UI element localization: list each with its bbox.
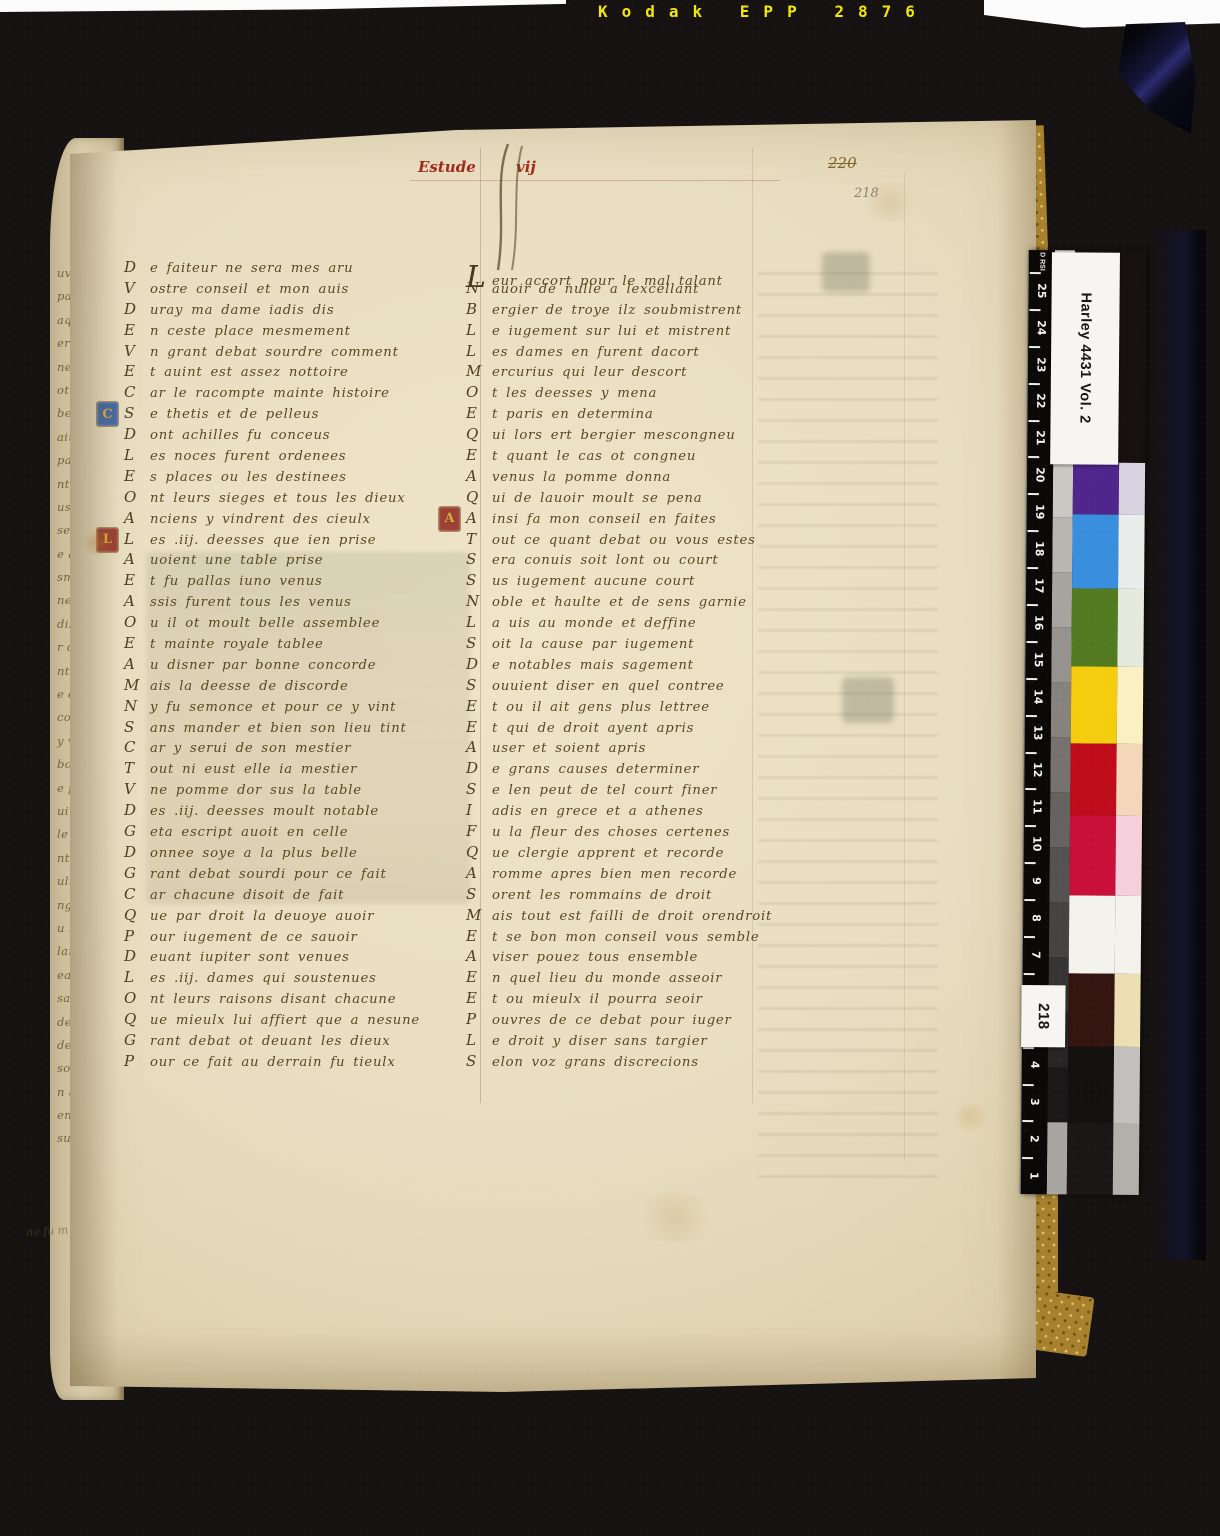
verse-text: es dames en furent dacort xyxy=(492,345,700,360)
verse-initial: D xyxy=(466,759,492,777)
verse-line: S e len peut de tel court finer xyxy=(466,780,772,801)
tint-patch xyxy=(1116,744,1143,816)
tint-patch xyxy=(1114,974,1141,1047)
ruler-number: 9 xyxy=(1030,877,1043,885)
ruler-unit: 4 xyxy=(1022,1047,1048,1084)
grayscale-step xyxy=(1052,517,1072,572)
film-stock-label: Kodak EPP 2876 xyxy=(598,2,929,21)
verse-line: A viser pouez tous ensemble xyxy=(466,947,772,968)
ruler-unit: 16 xyxy=(1026,604,1052,641)
verse-text: e len peut de tel court finer xyxy=(492,783,717,798)
verse-line: A uoient une table prise xyxy=(124,550,420,571)
grayscale-step xyxy=(1053,462,1073,517)
verse-line: S elon voz grans discrecions xyxy=(466,1052,772,1073)
ruler-unit: 9 xyxy=(1023,862,1049,899)
pen-flourish-icon xyxy=(478,140,538,275)
verse-initial: L xyxy=(466,1031,492,1049)
text-column-right: L eur accort pour le mal talant N auoir … xyxy=(466,258,772,1073)
verse-line: P our iugement de ce sauoir xyxy=(124,927,420,948)
verse-text: oble et haulte et de sens garnie xyxy=(492,595,747,610)
verse-line: G eta escript auoit en celle xyxy=(124,822,420,843)
verse-line: D uray ma dame iadis dis xyxy=(124,300,420,321)
verse-initial: D xyxy=(124,258,150,276)
verse-initial: M xyxy=(466,362,492,380)
verse-text: n ceste place mesmement xyxy=(150,324,351,339)
ruler-unit: 12 xyxy=(1024,752,1050,789)
verse-initial: D xyxy=(124,947,150,965)
color-patch xyxy=(1070,743,1117,815)
verse-text: es .iij. dames qui soustenues xyxy=(150,971,377,986)
verse-text: rant debat sourdi pour ce fait xyxy=(150,867,387,882)
verse-initial: A xyxy=(124,509,150,527)
verse-line: M ais la deesse de discorde xyxy=(124,676,420,697)
verse-line: S orent les rommains de droit xyxy=(466,885,772,906)
color-patch xyxy=(1073,462,1119,514)
color-patch xyxy=(1071,666,1118,743)
verse-initial: E xyxy=(124,362,150,380)
verse-text: t qui de droit ayent apris xyxy=(492,721,694,736)
verse-text: t auint est assez nottoire xyxy=(150,365,349,380)
verse-line: Q ui de lauoir moult se pena xyxy=(466,488,772,509)
verse-initial: N xyxy=(124,697,150,715)
ruler-number: 2 xyxy=(1028,1135,1041,1143)
verse-initial: S xyxy=(466,885,492,903)
verse-line: S ouuient diser en quel contree xyxy=(466,676,772,697)
verse-line: E n ceste place mesmement xyxy=(124,321,420,342)
verse-initial: S xyxy=(466,571,492,589)
ruler-unit: 1 xyxy=(1021,1157,1047,1194)
verse-line: Q ui lors ert bergier mescongneu xyxy=(466,425,772,446)
grayscale-step xyxy=(1047,1122,1068,1194)
verse-initial: A xyxy=(466,738,492,756)
verse-initial: Q xyxy=(124,1010,150,1028)
verse-text: ais la deesse de discorde xyxy=(150,679,349,694)
verse-initial: A xyxy=(466,864,492,882)
verse-initial: D xyxy=(124,801,150,819)
grayscale-step xyxy=(1050,792,1070,847)
verse-line: C ar y serui de son mestier xyxy=(124,738,420,759)
illuminated-initial: C xyxy=(97,402,118,426)
verse-text: e faiteur ne sera mes aru xyxy=(150,261,353,276)
verse-text: e iugement sur lui et mistrent xyxy=(492,324,731,339)
ruler-number: 19 xyxy=(1033,504,1046,519)
verse-text: u la fleur des choses certenes xyxy=(492,825,730,840)
verse-line: C S e thetis et de pelleus xyxy=(124,404,420,425)
ruler-unit: 11 xyxy=(1024,788,1050,825)
verse-initial: E xyxy=(466,968,492,986)
color-patch xyxy=(1069,815,1116,895)
verse-line: F u la fleur des choses certenes xyxy=(466,822,772,843)
verse-text: t se bon mon conseil vous semble xyxy=(492,930,759,945)
ruler-top-text: D RSI xyxy=(1038,250,1045,272)
verse-text: romme apres bien men recorde xyxy=(492,867,737,882)
verse-initial: P xyxy=(466,1010,492,1028)
ruler-unit: 18 xyxy=(1026,530,1052,567)
illuminated-initial: A xyxy=(439,507,460,531)
ruler-unit: 17 xyxy=(1026,567,1052,604)
verse-line: I adis en grece et a athenes xyxy=(466,801,772,822)
verse-initial: O xyxy=(466,383,492,401)
verse-line: D es .iij. deesses moult notable xyxy=(124,801,420,822)
verse-initial: D xyxy=(124,425,150,443)
verse-initial: S xyxy=(466,550,492,568)
verse-line: A user et soient apris xyxy=(466,738,772,759)
verse-text: orent les rommains de droit xyxy=(492,888,712,903)
foxing-stain xyxy=(630,1192,720,1242)
verse-line: A nciens y vindrent des cieulx xyxy=(124,509,420,530)
verse-line: A u disner par bonne concorde xyxy=(124,655,420,676)
verse-line: S era conuis soit lont ou court xyxy=(466,550,772,571)
verse-line: C ar le racompte mainte histoire xyxy=(124,383,420,404)
text-column-left: D e faiteur ne sera mes aru V ostre cons… xyxy=(124,258,420,1073)
ruler-number: 21 xyxy=(1034,430,1047,445)
verse-initial: A xyxy=(124,592,150,610)
verse-line: E t auint est assez nottoire xyxy=(124,362,420,383)
verse-line: N auoir de nulle a lexcellant xyxy=(466,279,772,300)
verse-initial: T xyxy=(466,530,492,548)
verse-line: G rant debat sourdi pour ce fait xyxy=(124,864,420,885)
ruler-number: 1 xyxy=(1027,1172,1040,1180)
verse-initial: S xyxy=(466,676,492,694)
verse-initial: I xyxy=(466,801,492,819)
color-patch xyxy=(1072,514,1119,588)
verse-text: ans mander et bien son lieu tint xyxy=(150,721,407,736)
ruling-line xyxy=(410,180,780,181)
running-title-rubric: Estude xyxy=(418,158,476,176)
verse-line: D e notables mais sagement xyxy=(466,655,772,676)
verse-text: nciens y vindrent des cieulx xyxy=(150,512,371,527)
color-patch xyxy=(1068,973,1115,1046)
color-patch xyxy=(1071,588,1118,666)
verse-text: us iugement aucune court xyxy=(492,574,695,589)
verse-line: A ssis furent tous les venus xyxy=(124,592,420,613)
verse-line: L eur accort pour le mal talant xyxy=(466,258,772,279)
verse-text: t fu pallas iuno venus xyxy=(150,574,323,589)
verse-initial: S xyxy=(466,1052,492,1070)
verse-text: u il ot moult belle assemblee xyxy=(150,616,380,631)
manuscript-page: Estude vij 220 218 D e faiteur ne sera m… xyxy=(70,112,1036,1394)
verse-text: out ni eust elle ia mestier xyxy=(150,762,357,777)
verse-initial: D xyxy=(124,843,150,861)
ruler-number: 12 xyxy=(1031,762,1044,777)
verse-initial: V xyxy=(124,279,150,297)
verse-initial: Q xyxy=(466,488,492,506)
verse-text: insi fa mon conseil en faites xyxy=(492,512,717,527)
verse-line: P ouvres de ce debat pour iuger xyxy=(466,1010,772,1031)
verse-line: E t qui de droit ayent apris xyxy=(466,718,772,739)
verse-text: ais tout est failli de droit orendroit xyxy=(492,909,772,924)
verse-line: D euant iupiter sont venues xyxy=(124,947,420,968)
verse-line: E t se bon mon conseil vous semble xyxy=(466,927,772,948)
tint-patch xyxy=(1115,896,1142,974)
verse-text: nt leurs raisons disant chacune xyxy=(150,992,396,1007)
verse-initial: C xyxy=(124,885,150,903)
verse-initial: L xyxy=(466,321,492,339)
verse-line: S us iugement aucune court xyxy=(466,571,772,592)
verse-initial: A xyxy=(466,947,492,965)
tint-patch xyxy=(1117,667,1144,744)
verse-text: auoir de nulle a lexcellant xyxy=(492,282,699,297)
ruling-line xyxy=(904,172,905,1162)
verse-initial: E xyxy=(466,697,492,715)
ruler-number: 16 xyxy=(1032,615,1045,630)
film-frame-edge-left xyxy=(0,0,566,13)
ruler-unit: 19 xyxy=(1027,493,1053,530)
verse-initial: L xyxy=(466,613,492,631)
verse-initial: G xyxy=(124,1031,150,1049)
verse-line: D e grans causes determiner xyxy=(466,759,772,780)
verse-line: S ans mander et bien son lieu tint xyxy=(124,718,420,739)
verse-text: t ou mieulx il pourra seoir xyxy=(492,992,703,1007)
verse-initial: E xyxy=(466,718,492,736)
mounting-clip xyxy=(1118,22,1196,134)
verse-text: ercurius qui leur descort xyxy=(492,365,687,380)
verse-line: S oit la cause par iugement xyxy=(466,634,772,655)
verse-initial: S xyxy=(466,780,492,798)
verse-text: ouuient diser en quel contree xyxy=(492,679,725,694)
ruler-number: 25 xyxy=(1035,283,1048,298)
tint-patch xyxy=(1117,589,1144,667)
verse-line: E t quant le cas ot congneu xyxy=(466,446,772,467)
verse-line: E t fu pallas iuno venus xyxy=(124,571,420,592)
verse-text: ui lors ert bergier mescongneu xyxy=(492,428,736,443)
ruler-number: 13 xyxy=(1031,726,1044,741)
verse-line: Q ue mieulx lui affiert que a nesune xyxy=(124,1010,420,1031)
verse-text: es .iij. deesses que ien prise xyxy=(150,533,376,548)
verse-text: eta escript auoit en celle xyxy=(150,825,348,840)
verse-text: ue mieulx lui affiert que a nesune xyxy=(150,1013,420,1028)
ruler-unit: 3 xyxy=(1021,1084,1047,1121)
verse-text: ue clergie apprent et recorde xyxy=(492,846,724,861)
illuminated-initial: L xyxy=(97,528,118,552)
ruler-number: 23 xyxy=(1034,357,1047,372)
shelfmark-label: Harley 4431 Vol. 2 xyxy=(1050,252,1120,465)
grayscale-step xyxy=(1049,847,1069,902)
verse-text: ar le racompte mainte histoire xyxy=(150,386,390,401)
verse-text: n quel lieu du monde asseoir xyxy=(492,971,722,986)
color-patch xyxy=(1069,895,1116,973)
verse-initial: L xyxy=(124,530,150,548)
verse-text: elon voz grans discrecions xyxy=(492,1055,699,1070)
ruler-number: 15 xyxy=(1032,652,1045,667)
ruler-number: 8 xyxy=(1030,914,1043,922)
verse-initial: E xyxy=(124,321,150,339)
verse-line: E t ou il ait gens plus lettree xyxy=(466,697,772,718)
verse-text: nt leurs sieges et tous les dieux xyxy=(150,491,406,506)
verse-initial: E xyxy=(124,467,150,485)
verse-line: T out ce quant debat ou vous estes xyxy=(466,530,772,551)
verse-initial: M xyxy=(124,676,150,694)
foxing-stain xyxy=(950,1102,990,1132)
ruler-unit: 2 xyxy=(1021,1120,1047,1157)
verse-line: N y fu semonce et pour ce y vint xyxy=(124,697,420,718)
verse-text: es noces furent ordenees xyxy=(150,449,346,464)
verse-initial: A xyxy=(124,550,150,568)
verse-initial: B xyxy=(466,300,492,318)
verse-text: user et soient apris xyxy=(492,741,646,756)
verse-initial: A xyxy=(466,509,492,527)
verse-line: L es noces furent ordenees xyxy=(124,446,420,467)
verse-text: t quant le cas ot congneu xyxy=(492,449,696,464)
ruler-number: 18 xyxy=(1033,541,1046,556)
cradle-edge-sheen xyxy=(1148,230,1206,1260)
verse-initial: P xyxy=(124,927,150,945)
verse-line: P our ce fait au derrain fu tieulx xyxy=(124,1052,420,1073)
verse-line: L e droit y diser sans targier xyxy=(466,1031,772,1052)
ruler-unit: 13 xyxy=(1025,715,1051,752)
ruler-number: 10 xyxy=(1030,836,1043,851)
verse-text: t les deesses y mena xyxy=(492,386,657,401)
verse-text: y fu semonce et pour ce y vint xyxy=(150,700,396,715)
verse-initial: C xyxy=(124,383,150,401)
ruler-unit: 10 xyxy=(1024,825,1050,862)
verse-initial: G xyxy=(124,864,150,882)
verse-text: e grans causes determiner xyxy=(492,762,699,777)
ruler-number: 22 xyxy=(1034,394,1047,409)
grayscale-step xyxy=(1047,1067,1067,1122)
verse-initial: D xyxy=(466,655,492,673)
tint-patch xyxy=(1115,816,1142,896)
verse-line: O nt leurs raisons disant chacune xyxy=(124,989,420,1010)
verse-line: O nt leurs sieges et tous les dieux xyxy=(124,488,420,509)
verse-initial: E xyxy=(466,927,492,945)
ruler-number: 14 xyxy=(1032,689,1045,704)
verse-text: uoient une table prise xyxy=(150,553,323,568)
verse-initial: N xyxy=(466,279,492,297)
verse-initial: A xyxy=(124,655,150,673)
verse-text: a uis au monde et deffine xyxy=(492,616,696,631)
verse-line: T out ni eust elle ia mestier xyxy=(124,759,420,780)
verse-text: e droit y diser sans targier xyxy=(492,1034,707,1049)
verse-text: adis en grece et a athenes xyxy=(492,804,704,819)
ruler-number: 3 xyxy=(1028,1098,1041,1106)
verse-initial: O xyxy=(124,989,150,1007)
verse-initial: D xyxy=(124,300,150,318)
verse-initial: F xyxy=(466,822,492,840)
verse-initial: L xyxy=(124,968,150,986)
verse-initial: A xyxy=(466,467,492,485)
verse-line: O t les deesses y mena xyxy=(466,383,772,404)
verse-line: A venus la pomme donna xyxy=(466,467,772,488)
verse-text: n grant debat sourdre comment xyxy=(150,345,399,360)
verse-text: u disner par bonne concorde xyxy=(150,658,376,673)
verse-text: ostre conseil et mon auis xyxy=(150,282,349,297)
verse-initial: E xyxy=(124,634,150,652)
verse-text: venus la pomme donna xyxy=(492,470,671,485)
verse-initial: E xyxy=(466,989,492,1007)
verse-text: ouvres de ce debat pour iuger xyxy=(492,1013,732,1028)
folio-number-ink: 220 xyxy=(828,154,857,172)
verse-line: V n grant debat sourdre comment xyxy=(124,342,420,363)
verse-line: O u il ot moult belle assemblee xyxy=(124,613,420,634)
verse-initial: N xyxy=(466,592,492,610)
verse-initial: O xyxy=(124,613,150,631)
verse-line: N oble et haulte et de sens garnie xyxy=(466,592,772,613)
verse-text: es .iij. deesses moult notable xyxy=(150,804,379,819)
verse-initial: G xyxy=(124,822,150,840)
verse-initial: L xyxy=(124,446,150,464)
folio-number-pencil: 218 xyxy=(854,186,879,201)
verse-text: e thetis et de pelleus xyxy=(150,407,319,422)
verse-line: M ais tout est failli de droit orendroit xyxy=(466,906,772,927)
grayscale-step xyxy=(1051,682,1071,737)
color-patch xyxy=(1067,1046,1114,1123)
verse-text: ar chacune disoit de fait xyxy=(150,888,344,903)
verse-text: t ou il ait gens plus lettree xyxy=(492,700,710,715)
verse-text: t paris en determina xyxy=(492,407,654,422)
verse-text: ne pomme dor sus la table xyxy=(150,783,362,798)
verse-initial: Q xyxy=(466,425,492,443)
verse-text: ssis furent tous les venus xyxy=(150,595,352,610)
verse-text: viser pouez tous ensemble xyxy=(492,950,698,965)
folio-label: 218 xyxy=(1021,985,1066,1047)
ruler-number: 20 xyxy=(1033,467,1046,482)
verse-line: D e faiteur ne sera mes aru xyxy=(124,258,420,279)
grayscale-step xyxy=(1050,737,1070,792)
color-patch xyxy=(1067,1123,1114,1194)
verse-initial: E xyxy=(124,571,150,589)
verse-line: Q ue par droit la deuoye auoir xyxy=(124,906,420,927)
tint-patch xyxy=(1119,251,1147,463)
ruler-number: 24 xyxy=(1035,320,1048,335)
verse-line: M ercurius qui leur descort xyxy=(466,362,772,383)
verse-text: era conuis soit lont ou court xyxy=(492,553,718,568)
verse-line: L es dames en furent dacort xyxy=(466,342,772,363)
verse-text: euant iupiter sont venues xyxy=(150,950,350,965)
tint-patch xyxy=(1113,1124,1140,1195)
verse-text: out ce quant debat ou vous estes xyxy=(492,533,756,548)
verse-line: E t ou mieulx il pourra seoir xyxy=(466,989,772,1010)
verse-line: L a uis au monde et deffine xyxy=(466,613,772,634)
verse-line: E n quel lieu du monde asseoir xyxy=(466,968,772,989)
verse-text: e notables mais sagement xyxy=(492,658,694,673)
ruler-number: 4 xyxy=(1028,1061,1041,1069)
ruler-unit: 15 xyxy=(1025,641,1051,678)
verse-text: onnee soye a la plus belle xyxy=(150,846,358,861)
verse-text: rant debat ot deuant les dieux xyxy=(150,1034,391,1049)
verse-initial: L xyxy=(466,342,492,360)
verse-line: E t mainte royale tablee xyxy=(124,634,420,655)
verse-line: D onnee soye a la plus belle xyxy=(124,843,420,864)
ruler-number: 7 xyxy=(1029,951,1042,959)
tint-patch xyxy=(1119,463,1145,515)
verse-line: L L es .iij. deesses que ien prise xyxy=(124,530,420,551)
verse-text: ue par droit la deuoye auoir xyxy=(150,909,374,924)
verse-initial: O xyxy=(124,488,150,506)
verse-line: E s places ou les destinees xyxy=(124,467,420,488)
verse-line: V ostre conseil et mon auis xyxy=(124,279,420,300)
verse-text: ar y serui de son mestier xyxy=(150,741,351,756)
ruler-unit: 14 xyxy=(1025,678,1051,715)
verse-line: L es .iij. dames qui soustenues xyxy=(124,968,420,989)
tint-patch xyxy=(1113,1047,1140,1124)
verse-line: D ont achilles fu conceus xyxy=(124,425,420,446)
verse-initial: Q xyxy=(466,843,492,861)
verse-text: our ce fait au derrain fu tieulx xyxy=(150,1055,396,1070)
text-show-through xyxy=(758,272,938,1182)
grayscale-step xyxy=(1052,572,1072,627)
verse-line: L e iugement sur lui et mistrent xyxy=(466,321,772,342)
verse-initial: E xyxy=(466,404,492,422)
verse-line: A A insi fa mon conseil en faites xyxy=(466,509,772,530)
tint-patch xyxy=(1118,515,1145,589)
verse-text: ont achilles fu conceus xyxy=(150,428,330,443)
color-calibration-target: D RSI 25 24 23 22 xyxy=(1020,250,1146,1195)
verse-initial: V xyxy=(124,342,150,360)
ruler-unit: 7 xyxy=(1023,936,1049,973)
verse-text: t mainte royale tablee xyxy=(150,637,324,652)
ruler-number: 11 xyxy=(1031,799,1044,814)
